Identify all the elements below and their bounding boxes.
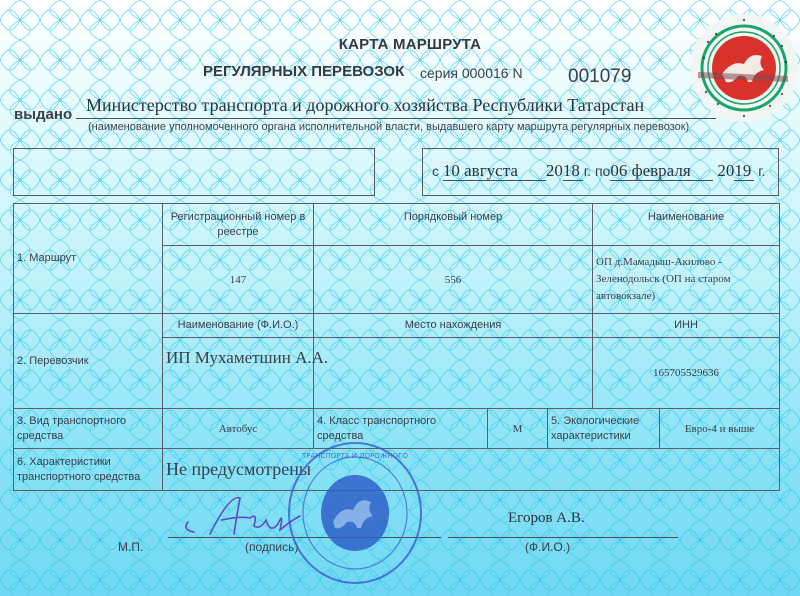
vehicle-class-label: 4. Класс транспортного средства [314,409,488,449]
document-title: КАРТА МАРШРУТА [0,36,800,53]
fio-caption: (Ф.И.О.) [525,540,570,554]
route-card-table: 1. Маршрут Регистрационный номер в реест… [13,203,780,491]
signature-caption: (подпись) [245,540,298,554]
route-label: 1. Маршрут [14,204,163,314]
issued-label: выдано [14,106,72,123]
vehicle-type-label: 3. Вид транспортного средства [14,409,163,449]
series-label: серия 000016 N [420,65,523,81]
carrier-inn-header: ИНН [593,314,780,338]
from-year: 18 [563,162,583,181]
to-year-prefix: 20 [717,161,734,180]
carrier-inn-value: 165705529636 [593,338,780,409]
year-suffix: г. [758,163,765,179]
document-number: 001079 [568,66,631,88]
from-date: 10 августа [443,162,546,181]
empty-box [13,148,375,196]
route-name-header: Наименование [593,204,780,246]
route-name-value: ОП д.Мамадыш-Акилово - Зеленодольск (ОП … [593,246,780,314]
characteristics-value: Не предусмотрены [163,449,780,491]
carrier-name-value: ИП Мухаметшин А.А. [163,338,314,409]
carrier-location-value [314,338,593,409]
vehicle-class-value: М [488,409,548,449]
to-year: 19 [734,162,754,181]
issuer-underline [76,118,716,119]
carrier-location-header: Место нахождения [314,314,593,338]
document-subtitle: РЕГУЛЯРНЫХ ПЕРЕВОЗОК [203,63,404,80]
to-date: 06 февраля [610,162,713,181]
serial-number-header: Порядковый номер [314,204,593,246]
from-prefix: с [432,163,439,179]
serial-number-value: 556 [314,246,593,314]
characteristics-label: 6. Характеристики транспортного средства [14,449,163,491]
reg-number-header: Регистрационный номер в реестре [163,204,314,246]
fio-line [448,537,678,538]
tatarstan-emblem-icon [688,12,800,124]
reg-number-value: 147 [163,246,314,314]
carrier-name-header: Наименование (Ф.И.О.) [163,314,314,338]
signer-name: Егоров А.В. [508,510,585,527]
issuer-caption: (наименование уполномоченного органа исп… [88,121,689,133]
stamp-place-label: М.П. [118,540,143,554]
eco-label: 5. Экологические характеристики [548,409,660,449]
carrier-label: 2. Перевозчик [14,314,163,409]
signature-line [168,537,441,538]
validity-period: с 10 августа2018 г. по06 февраля2019 г. [432,161,766,181]
to-prefix: г. по [584,163,611,179]
from-year-prefix: 20 [546,161,563,180]
eco-value: Евро-4 и выше [660,409,780,449]
issuer-name: Министерство транспорта и дорожного хозя… [86,95,644,116]
vehicle-type-value: Автобус [163,409,314,449]
